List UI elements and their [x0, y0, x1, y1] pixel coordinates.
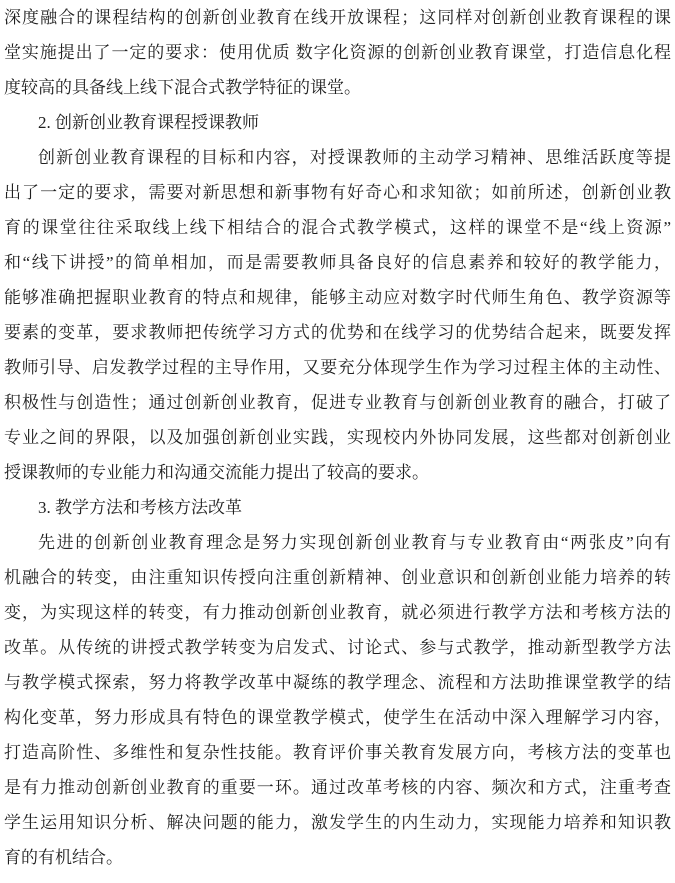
text-line: 改革。从传统的讲授式教学转变为启发式、讨论式、参与式教学，推动新型教学方法	[4, 630, 671, 665]
document-page: 深度融合的课程结构的创新创业教育在线开放课程；这同样对创新创业教育课程的课 堂实…	[0, 0, 675, 883]
text-line: 变，为实现这样的转变，有力推动创新创业教育，就必须进行教学方法和考核方法的	[4, 595, 671, 630]
text-line: 机融合的转变，由注重知识传授向注重创新精神、创业意识和创新创业能力培养的转	[4, 560, 671, 595]
section-heading-2: 2. 创新创业教育课程授课教师	[4, 105, 671, 140]
text-line: 堂实施提出了一定的要求：使用优质 数字化资源的创新创业教育课堂，打造信息化程	[4, 35, 671, 70]
text-line: 创新创业教育课程的目标和内容，对授课教师的主动学习精神、思维活跃度等提	[4, 140, 671, 175]
text-line: 与教学模式探索，努力将教学改革中凝练的教学理念、流程和方法助推课堂教学的结	[4, 665, 671, 700]
text-line: 是有力推动创新创业教育的重要一环。通过改革考核的内容、频次和方式，注重考查	[4, 770, 671, 805]
text-line: 构化变革，努力形成具有特色的课堂教学模式，使学生在活动中深入理解学习内容，	[4, 700, 671, 735]
text-line: 打造高阶性、多维性和复杂性技能。教育评价事关教育发展方向，考核方法的变革也	[4, 735, 671, 770]
text-line: 度较高的具备线上线下混合式教学特征的课堂。	[4, 70, 671, 105]
text-line: 出了一定的要求，需要对新思想和新事物有好奇心和求知欲；如前所述，创新创业教	[4, 175, 671, 210]
text-line: 要素的变革，要求教师把传统学习方式的优势和在线学习的优势结合起来，既要发挥	[4, 315, 671, 350]
text-line: 育的有机结合。	[4, 840, 671, 875]
text-line: 学生运用知识分析、解决问题的能力，激发学生的内生动力，实现能力培养和知识教	[4, 805, 671, 840]
text-line: 和“线下讲授”的简单相加，而是需要教师具备良好的信息素养和较好的教学能力，	[4, 245, 671, 280]
text-line: 深度融合的课程结构的创新创业教育在线开放课程；这同样对创新创业教育课程的课	[4, 0, 671, 35]
text-line: 先进的创新创业教育理念是努力实现创新创业教育与专业教育由“两张皮”向有	[4, 525, 671, 560]
text-line: 育的课堂往往采取线上线下相结合的混合式教学模式，这样的课堂不是“线上资源”	[4, 210, 671, 245]
text-line: 能够准确把握职业教育的特点和规律，能够主动应对数字时代师生角色、教学资源等	[4, 280, 671, 315]
text-line: 教师引导、启发教学过程的主导作用，又要充分体现学生作为学习过程主体的主动性、	[4, 350, 671, 385]
text-line: 积极性与创造性；通过创新创业教育，促进专业教育与创新创业教育的融合，打破了	[4, 385, 671, 420]
text-line: 授课教师的专业能力和沟通交流能力提出了较高的要求。	[4, 455, 671, 490]
section-heading-3: 3. 教学方法和考核方法改革	[4, 490, 671, 525]
text-line: 专业之间的界限，以及加强创新创业实践，实现校内外协同发展，这些都对创新创业	[4, 420, 671, 455]
